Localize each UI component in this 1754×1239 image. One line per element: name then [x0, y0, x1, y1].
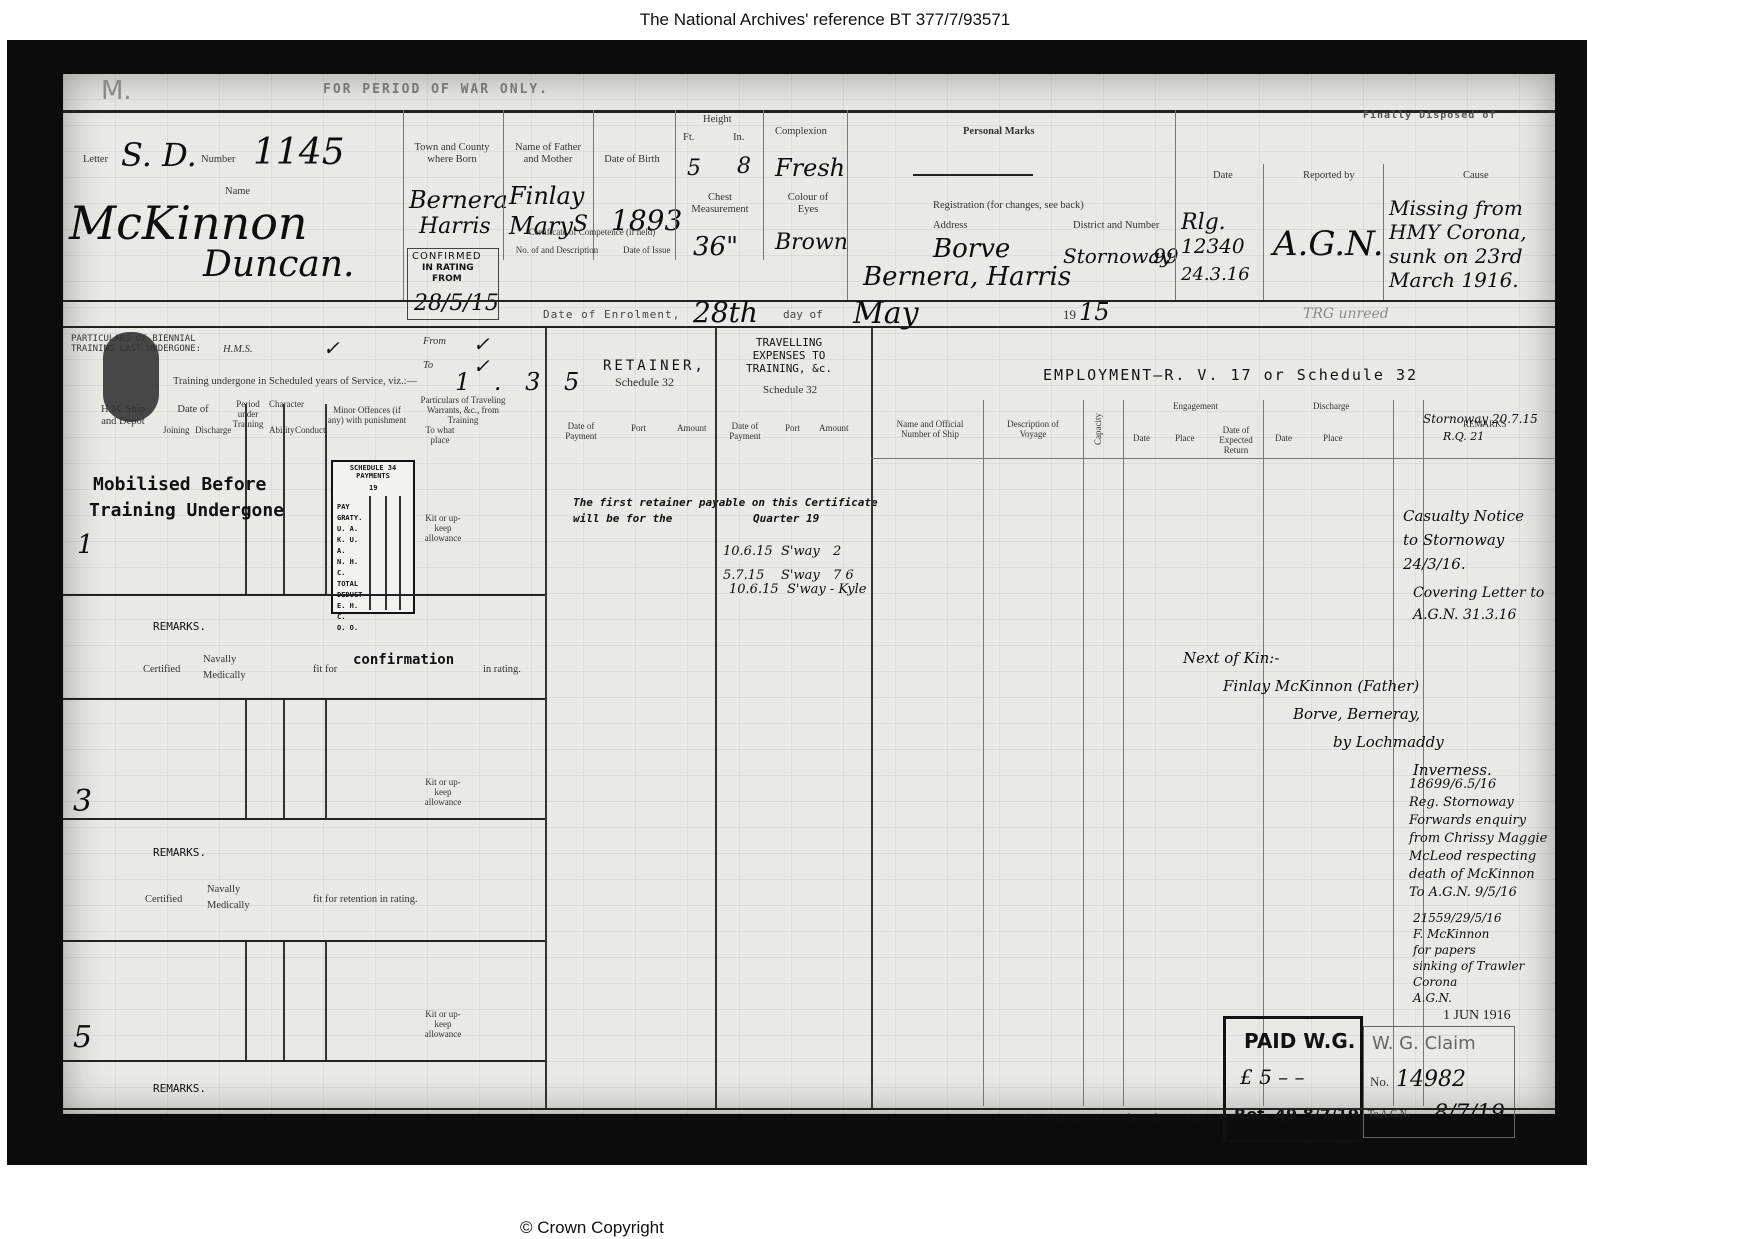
col-to-what-place: To what place — [417, 426, 463, 446]
enrolment-year: 15 — [1079, 298, 1110, 326]
address-line-2: Bernera, Harris — [863, 262, 1071, 292]
height-in: 8 — [737, 154, 751, 179]
row-marker-1: 1 — [77, 530, 94, 560]
enrolment-label: Date of Enrolment, — [543, 308, 680, 321]
travel-entry-1-date: 10.6.15 — [723, 544, 773, 559]
schedule-34-year: 19 — [369, 484, 377, 492]
district-label: District and Number — [1073, 220, 1159, 232]
surname-value: McKinnon — [69, 196, 308, 250]
height-label: Height — [703, 114, 732, 126]
finally-disposed-label: Finally Disposed of — [1363, 110, 1496, 121]
scanned-document: M. FOR PERIOD OF WAR ONLY. Letter S. D. … — [7, 40, 1587, 1165]
col-date-of: Date of — [163, 404, 223, 416]
col-ship-depot: H.M. Ship and Depot — [93, 404, 153, 427]
to-label: To — [423, 360, 433, 372]
wg-claim-to: 8/7/19 — [1434, 1101, 1505, 1126]
travelling-title: TRAVELLING EXPENSES TO TRAINING, &c. — [729, 336, 849, 375]
retention-3: fit for retention in rating. — [313, 894, 418, 906]
travel-entry-3-date: 10.6.15 — [729, 582, 779, 597]
emp-col-discharge: Discharge — [1313, 402, 1349, 412]
chest-label: Chest Measurement — [689, 192, 751, 215]
year-prefix: 19 — [1063, 308, 1076, 322]
covering-letter: Covering Letter to A.G.N. 31.3.16 — [1413, 582, 1544, 626]
eyes-value: Brown — [775, 230, 848, 255]
col-discharge: Discharge — [195, 426, 225, 436]
travelling-col-amount: Amount — [819, 424, 849, 434]
next-of-kin: Next of Kin:- Finlay McKinnon (Father) B… — [1183, 644, 1492, 784]
certified-1: Certified — [143, 664, 180, 676]
letter-value: S. D. — [121, 136, 197, 174]
travel-entry-3-port: S'way - Kyle — [787, 582, 866, 597]
travel-entry-1-port: S'way — [781, 544, 820, 559]
emp-col-eng-date: Date — [1133, 434, 1150, 444]
col-travel-warrants: Particulars of Traveling Warrants, &c., … — [413, 396, 513, 426]
trg-stamp: TRG unreed — [1303, 306, 1389, 322]
cert-date-label: Date of Issue — [623, 246, 670, 256]
confirmed-date: 28/5/15 — [414, 291, 499, 316]
travel-entry-2-amount: 7 6 — [833, 568, 854, 583]
fit-for-1: fit for — [313, 664, 337, 676]
in-label: In. — [733, 132, 744, 144]
retainer-title: RETAINER, — [603, 358, 706, 374]
service-record-form: M. FOR PERIOD OF WAR ONLY. Letter S. D. … — [63, 74, 1555, 1114]
mobilised-typed-line-2: Training Undergone — [89, 500, 284, 521]
page-mark: S — [1503, 1134, 1517, 1158]
from-tick: ✓ — [473, 332, 490, 356]
retainer-subtitle: Schedule 32 — [615, 376, 674, 389]
personal-marks-dash — [913, 174, 1033, 176]
forename-value: Duncan. — [203, 244, 355, 285]
in-rating-1: in rating. — [483, 664, 521, 676]
scheduled-years: 1 . 3 5 — [455, 368, 587, 396]
wg-claim-stamp: W. G. Claim No. 14982 To A.G.N. 8/7/19 — [1363, 1026, 1515, 1138]
number-value: 1145 — [253, 132, 345, 173]
remarks-1: REMARKS. — [153, 620, 206, 633]
enquiry-note-2: 21559/29/5/16 F. McKinnon for papers sin… — [1413, 910, 1524, 1006]
employment-title: EMPLOYMENT—R. V. 17 or Schedule 32 — [1043, 366, 1418, 384]
paid-wg-title: PAID W.G. — [1244, 1029, 1355, 1053]
hms-label: H.M.S. — [223, 344, 252, 356]
col-ability: Ability — [269, 426, 295, 436]
travel-entry-2-date: 5.7.15 — [723, 568, 764, 583]
kit-allowance-1: Kit or up-keep allowance — [423, 514, 463, 544]
day-of-label: day of — [783, 308, 823, 321]
father-value: Finlay — [509, 182, 584, 210]
kit-allowance-5: Kit or up-keep allowance — [423, 1010, 463, 1040]
emp-col-dis-date: Date — [1275, 434, 1292, 444]
enquiry-note: 18699/6.5/16 Reg. Stornoway Forwards enq… — [1409, 776, 1547, 902]
medically-1: Medically — [203, 670, 246, 682]
ft-label: Ft. — [683, 132, 694, 144]
retainer-note-1: The first retainer payable on this Certi… — [573, 496, 878, 509]
paid-wg-amount: £ 5 – – — [1240, 1065, 1305, 1089]
emp-col-dis-place: Place — [1323, 434, 1343, 444]
address-line-1: Borve — [933, 234, 1010, 264]
confirmation-stamp: confirmation — [353, 652, 454, 668]
schedule-note: Training undergone in Scheduled years of… — [173, 376, 417, 388]
hms-tick: ✓ — [323, 336, 340, 360]
reported-by-value: A.G.N. — [1273, 224, 1384, 264]
emp-col-eng-place: Place — [1175, 434, 1195, 444]
date-stamp-1-jun-1916: 1 JUN 1916 — [1443, 1008, 1511, 1023]
wg-claim-no-label: No. — [1370, 1075, 1389, 1089]
certified-3: Certified — [145, 894, 182, 906]
enrolment-day: 28th — [693, 296, 758, 329]
eyes-label: Colour of Eyes — [783, 192, 833, 215]
stamp-line-2: IN RATING — [422, 263, 474, 273]
medically-3: Medically — [207, 900, 250, 912]
training-heading: PARTICULARS OF BIENNIAL TRAINING LAST UN… — [71, 334, 211, 354]
disposed-date-ref: 12340 — [1181, 234, 1245, 258]
number-label: Number — [201, 154, 235, 166]
address-label: Address — [933, 220, 967, 232]
dob-label: Date of Birth — [597, 154, 667, 166]
stamp-line-1: CONFIRMED — [412, 251, 482, 262]
paid-initials: A.P. 26/7/19 — [1293, 1140, 1365, 1154]
wg-claim-to-label: To A.G.N. — [1368, 1109, 1410, 1120]
confirmed-in-rating-stamp: CONFIRMED IN RATING FROM 28/5/15 — [407, 248, 499, 320]
letter-label: Letter — [83, 154, 108, 166]
retainer-col-port: Port — [631, 424, 646, 434]
wg-claim-no: 14982 — [1396, 1067, 1466, 1092]
complexion-value: Fresh — [775, 154, 845, 182]
continuation-note: For Employment Continuation Columns see … — [1023, 1114, 1299, 1124]
travelling-col-date: Date of Payment — [723, 422, 767, 442]
reported-by-label: Reported by — [1303, 170, 1355, 182]
county-value: Harris — [419, 214, 491, 239]
town-county-label: Town and County where Born — [407, 142, 497, 165]
travel-entry-2-port: S'way — [781, 568, 820, 583]
crown-copyright: © Crown Copyright — [520, 1218, 664, 1238]
corner-mark: M. — [101, 76, 132, 106]
travelling-subtitle: Schedule 32 — [763, 384, 817, 396]
remarks-5: REMARKS. — [153, 1082, 206, 1095]
col-conduct: Conduct — [295, 426, 326, 436]
disposed-date-top: Rlg. — [1181, 210, 1226, 235]
from-label: From — [423, 336, 446, 348]
casualty-notice: Casualty Notice to Stornoway 24/3/16. — [1403, 504, 1524, 576]
chest-value: 36" — [693, 232, 738, 262]
kit-allowance-3: Kit or up-keep allowance — [423, 778, 463, 808]
cert-no-label: No. of and Description — [507, 246, 607, 256]
emp-col-capacity: Capacity — [1094, 413, 1104, 445]
cause-label: Cause — [1463, 170, 1489, 182]
col-period: Period under Training — [231, 400, 265, 430]
emp-col-engagement: Engagement — [1173, 402, 1218, 412]
retainer-note-3: Quarter 19 — [753, 512, 819, 525]
wg-claim-title: W. G. Claim — [1372, 1033, 1476, 1054]
row-marker-5: 5 — [73, 1020, 92, 1055]
retainer-note-2: will be for the — [573, 512, 672, 525]
personal-marks-label: Personal Marks — [963, 126, 1034, 138]
emp-col-expected-return: Date of Expected Return — [1213, 426, 1259, 456]
emp-col-ship: Name and Official Number of Ship — [885, 420, 975, 440]
col-character: Character — [269, 400, 304, 410]
schedule-34-box: SCHEDULE 34 PAYMENTS 19 PAYGRATY.U. A.K.… — [331, 460, 415, 614]
registration-label: Registration (for changes, see back) — [933, 200, 1084, 212]
col-offences: Minor Offences (if any) with punishment — [327, 406, 407, 426]
travelling-col-port: Port — [785, 424, 800, 434]
emp-col-voyage: Description of Voyage — [993, 420, 1073, 440]
retainer-col-date: Date of Payment — [557, 422, 605, 442]
mobilised-typed-line-1: Mobilised Before — [93, 474, 266, 495]
disposed-date: 24.3.16 — [1181, 264, 1250, 285]
retainer-col-amount: Amount — [677, 424, 707, 434]
travel-entry-1-amount: 2 — [833, 544, 841, 559]
war-only-banner: FOR PERIOD OF WAR ONLY. — [323, 82, 549, 97]
row-marker-3: 3 — [73, 784, 92, 819]
remark-stornoway: Stornoway 20.7.15 — [1423, 412, 1538, 426]
town-value: Bernera — [409, 186, 508, 214]
disposed-date-label: Date — [1213, 170, 1233, 182]
archive-reference-header: The National Archives' reference BT 377/… — [0, 10, 1754, 30]
schedule-34-rows: PAYGRATY.U. A.K. U. A.N. H. C.TOTALDEDUC… — [337, 502, 367, 634]
schedule-34-title: SCHEDULE 34 PAYMENTS — [337, 464, 409, 480]
cause-value: Missing from HMY Corona, sunk on 23rd Ma… — [1389, 196, 1549, 292]
col-joining: Joining — [163, 426, 190, 436]
stamp-line-3: FROM — [432, 274, 462, 284]
navally-1: Navally — [203, 654, 236, 666]
complexion-label: Complexion — [775, 126, 827, 138]
remarks-3: REMARKS. — [153, 846, 206, 859]
certificate-label: Certificate of Competence (if held) — [507, 228, 677, 238]
remark-rq: R.Q. 21 — [1443, 430, 1484, 443]
father-mother-label: Name of Father and Mother — [507, 142, 589, 165]
navally-3: Navally — [207, 884, 240, 896]
height-ft: 5 — [687, 156, 701, 181]
